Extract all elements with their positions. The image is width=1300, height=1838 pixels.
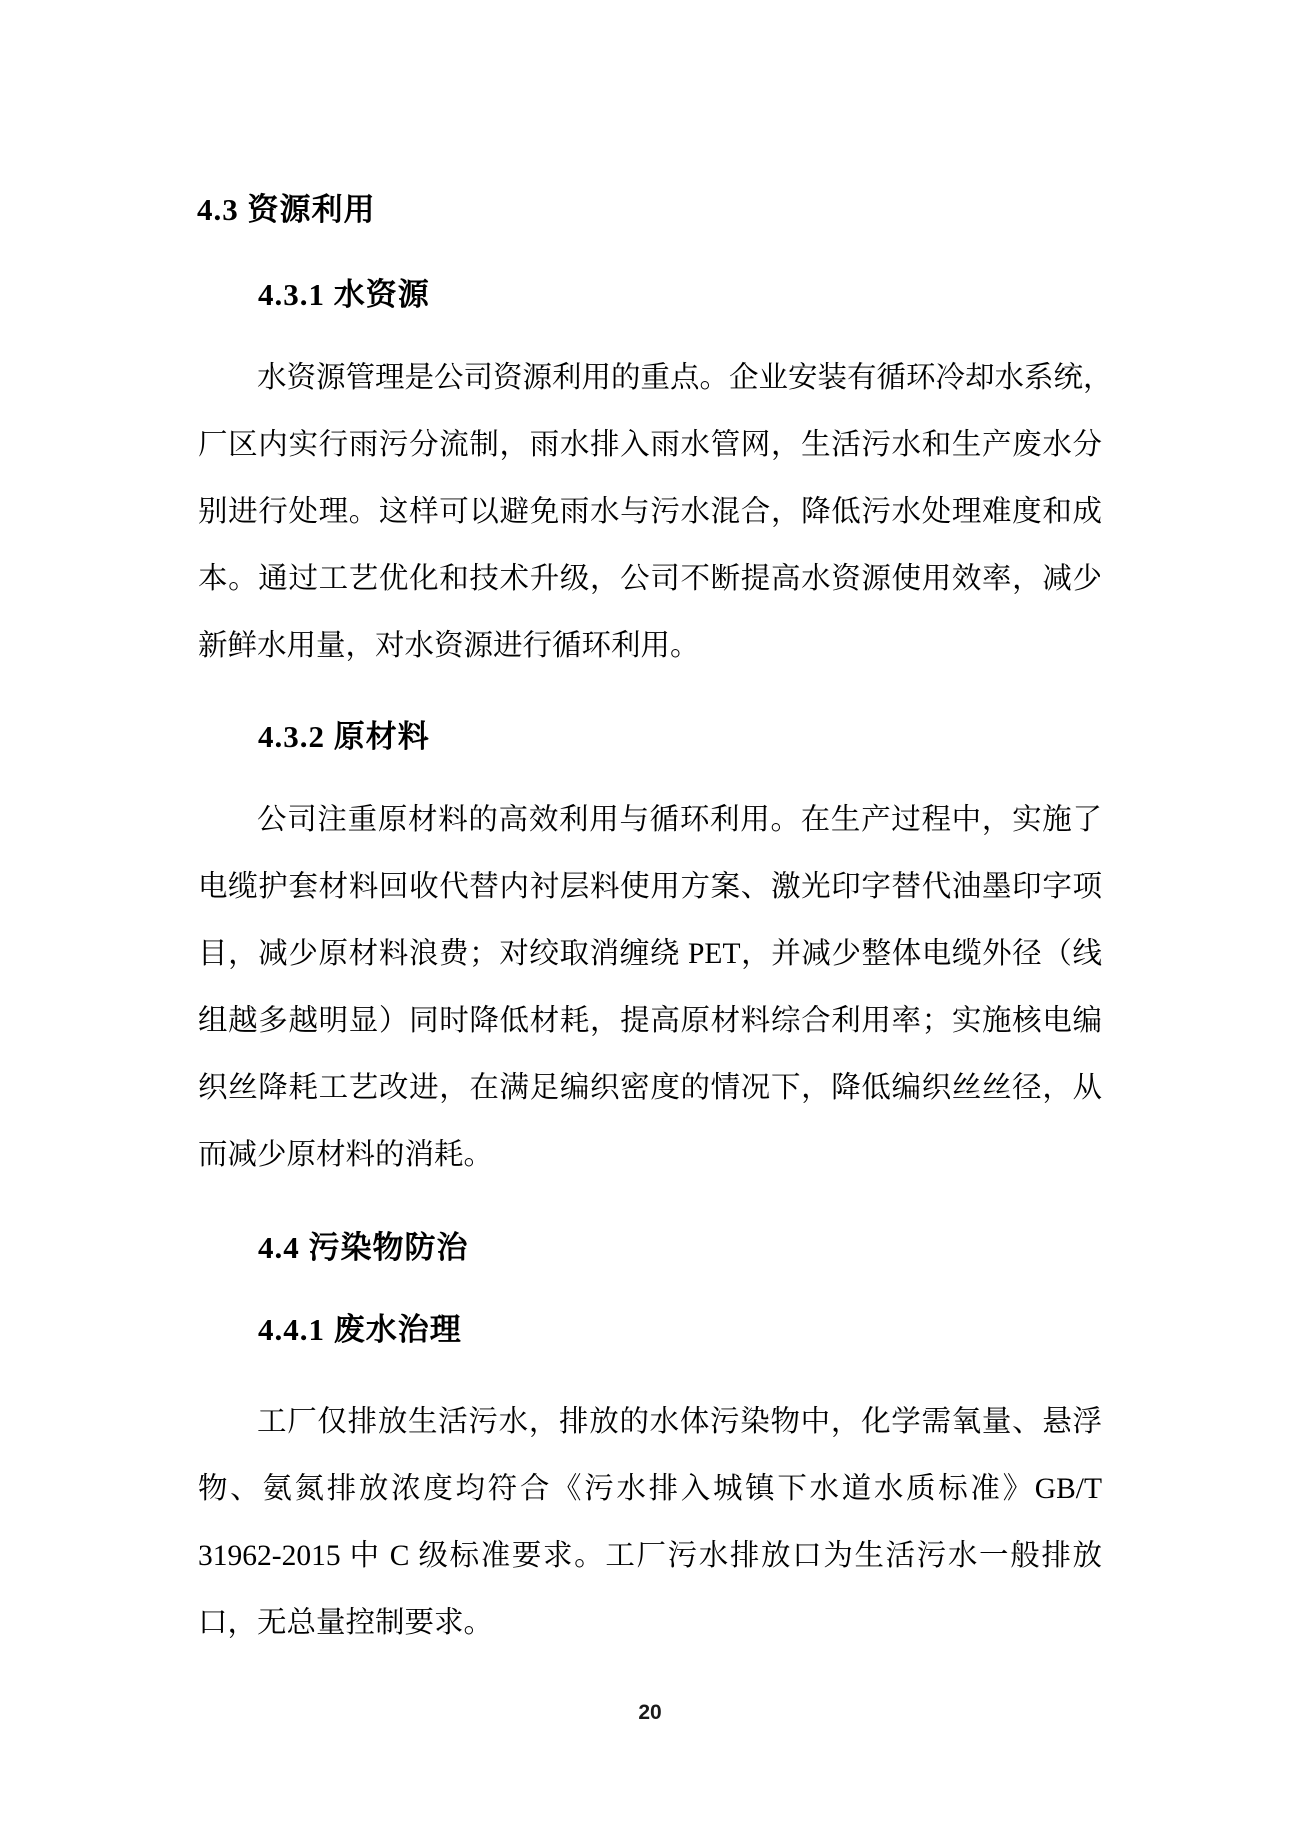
text-line: 而减少原材料的消耗。: [198, 1122, 1102, 1189]
text-line: 工厂仅排放生活污水，排放的水体污染物中，化学需氧量、悬浮: [198, 1389, 1102, 1456]
page-number: 20: [0, 1700, 1300, 1726]
text-line: 公司注重原材料的高效利用与循环利用。在生产过程中，实施了: [198, 787, 1102, 854]
document-page: 4.3 资源利用 4.3.1 水资源 水资源管理是公司资源利用的重点。企业安装有…: [0, 0, 1300, 1838]
text-line: 口，无总量控制要求。: [198, 1590, 1102, 1657]
subsection-heading-4-4-1: 4.4.1 废水治理: [258, 1310, 462, 1350]
text-line: 新鲜水用量，对水资源进行循环利用。: [198, 613, 1102, 680]
paragraph-raw-materials: 公司注重原材料的高效利用与循环利用。在生产过程中，实施了电缆护套材料回收代替内衬…: [198, 787, 1102, 1189]
text-line: 物、氨氮排放浓度均符合《污水排入城镇下水道水质标准》GB/T: [198, 1456, 1102, 1523]
subsection-heading-4-3-1: 4.3.1 水资源: [258, 275, 430, 315]
paragraph-water-resources: 水资源管理是公司资源利用的重点。企业安装有循环冷却水系统，厂区内实行雨污分流制，…: [198, 345, 1102, 680]
text-line: 厂区内实行雨污分流制，雨水排入雨水管网，生活污水和生产废水分: [198, 412, 1102, 479]
section-heading-4-4: 4.4 污染物防治: [258, 1228, 469, 1268]
text-line: 别进行处理。这样可以避免雨水与污水混合，降低污水处理难度和成: [198, 479, 1102, 546]
text-line: 组越多越明显）同时降低材耗，提高原材料综合利用率；实施核电编: [198, 988, 1102, 1055]
text-line: 本。通过工艺优化和技术升级，公司不断提高水资源使用效率，减少: [198, 546, 1102, 613]
text-line: 目，减少原材料浪费；对绞取消缠绕 PET，并减少整体电缆外径（线: [198, 921, 1102, 988]
text-line: 电缆护套材料回收代替内衬层料使用方案、激光印字替代油墨印字项: [198, 854, 1102, 921]
text-line: 织丝降耗工艺改进，在满足编织密度的情况下，降低编织丝丝径，从: [198, 1055, 1102, 1122]
subsection-heading-4-3-2: 4.3.2 原材料: [258, 717, 430, 757]
section-heading-4-3: 4.3 资源利用: [197, 190, 376, 230]
paragraph-wastewater-treatment: 工厂仅排放生活污水，排放的水体污染物中，化学需氧量、悬浮物、氨氮排放浓度均符合《…: [198, 1389, 1102, 1657]
text-line: 31962-2015 中 C 级标准要求。工厂污水排放口为生活污水一般排放: [198, 1523, 1102, 1590]
text-line: 水资源管理是公司资源利用的重点。企业安装有循环冷却水系统，: [198, 345, 1102, 412]
